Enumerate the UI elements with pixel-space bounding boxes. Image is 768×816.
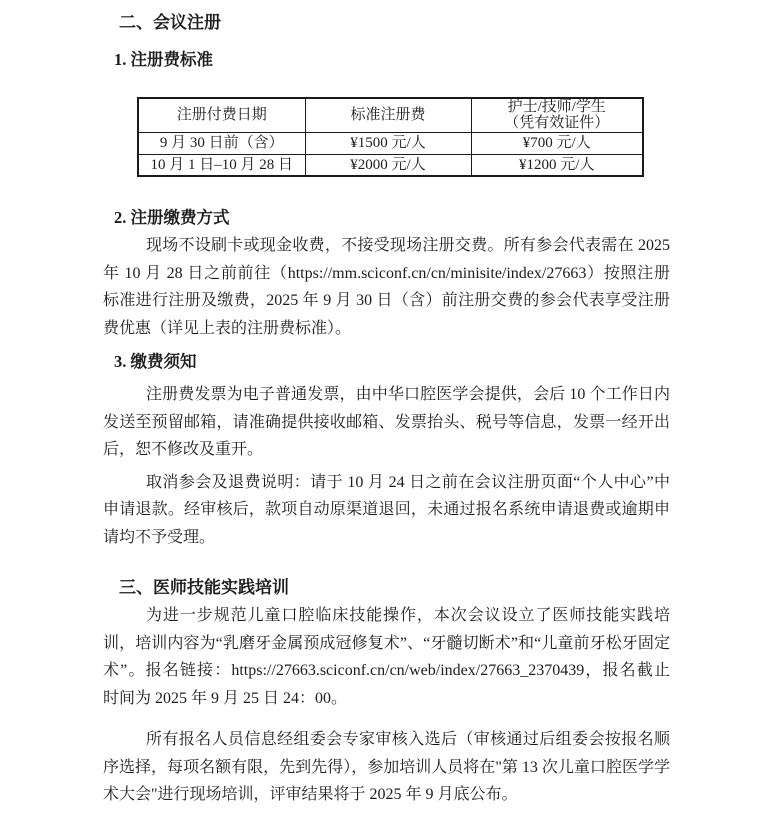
- subheading-payment-method: 2. 注册缴费方式: [114, 207, 670, 229]
- paragraph-training-selection: 所有报名人员信息经组委会专家审核入选后（审核通过后组委会按报名顺序选择，每项名额…: [103, 726, 670, 809]
- section-heading-conference-registration: 二、会议注册: [119, 12, 670, 34]
- fee-cell-late-discount: ¥1200 元/人: [471, 154, 643, 176]
- fee-cell-early-discount: ¥700 元/人: [471, 132, 643, 154]
- document-body: 二、会议注册 1. 注册费标准 注册付费日期 标准注册费 护士/技师/学生 （凭…: [0, 0, 768, 816]
- fee-cell-early-date: 9 月 30 日前（含）: [138, 132, 305, 154]
- fee-table-header-nurse-line1: 护士/技师/学生: [474, 99, 641, 115]
- document-page: { "page": { "background": "#ffffff", "te…: [0, 0, 768, 816]
- fee-cell-late-standard: ¥2000 元/人: [305, 154, 471, 176]
- fee-cell-early-standard: ¥1500 元/人: [305, 132, 471, 154]
- paragraph-payment-method: 现场不设刷卡或现金收费，不接受现场注册交费。所有参会代表需在 2025 年 10…: [103, 232, 670, 342]
- registration-fee-table: 注册付费日期 标准注册费 护士/技师/学生 （凭有效证件） 9 月 30 日前（…: [137, 97, 644, 177]
- subheading-registration-fee-standard: 1. 注册费标准: [114, 49, 670, 71]
- paragraph-training-content: 为进一步规范儿童口腔临床技能操作，本次会议设立了医师技能实践培训，培训内容为“乳…: [103, 602, 670, 712]
- fee-table-header-row: 注册付费日期 标准注册费 护士/技师/学生 （凭有效证件）: [138, 98, 643, 132]
- fee-table-row-early: 9 月 30 日前（含） ¥1500 元/人 ¥700 元/人: [138, 132, 643, 154]
- fee-table-row-late: 10 月 1 日–10 月 28 日 ¥2000 元/人 ¥1200 元/人: [138, 154, 643, 176]
- subheading-payment-notice: 3. 缴费须知: [114, 351, 670, 373]
- fee-cell-late-date: 10 月 1 日–10 月 28 日: [138, 154, 305, 176]
- fee-table-header-nurse-line2: （凭有效证件）: [474, 115, 641, 131]
- paragraph-refund-policy: 取消参会及退费说明：请于 10 月 24 日之前在会议注册页面“个人中心”中申请…: [103, 469, 670, 552]
- section-heading-skills-training: 三、医师技能实践培训: [119, 577, 670, 599]
- fee-table-header-nurse-tech-student: 护士/技师/学生 （凭有效证件）: [471, 98, 643, 132]
- fee-table-header-date: 注册付费日期: [138, 98, 305, 132]
- fee-table-header-standard-fee: 标准注册费: [305, 98, 471, 132]
- paragraph-invoice-notice: 注册费发票为电子普通发票，由中华口腔医学会提供，会后 10 个工作日内发送至预留…: [103, 381, 670, 464]
